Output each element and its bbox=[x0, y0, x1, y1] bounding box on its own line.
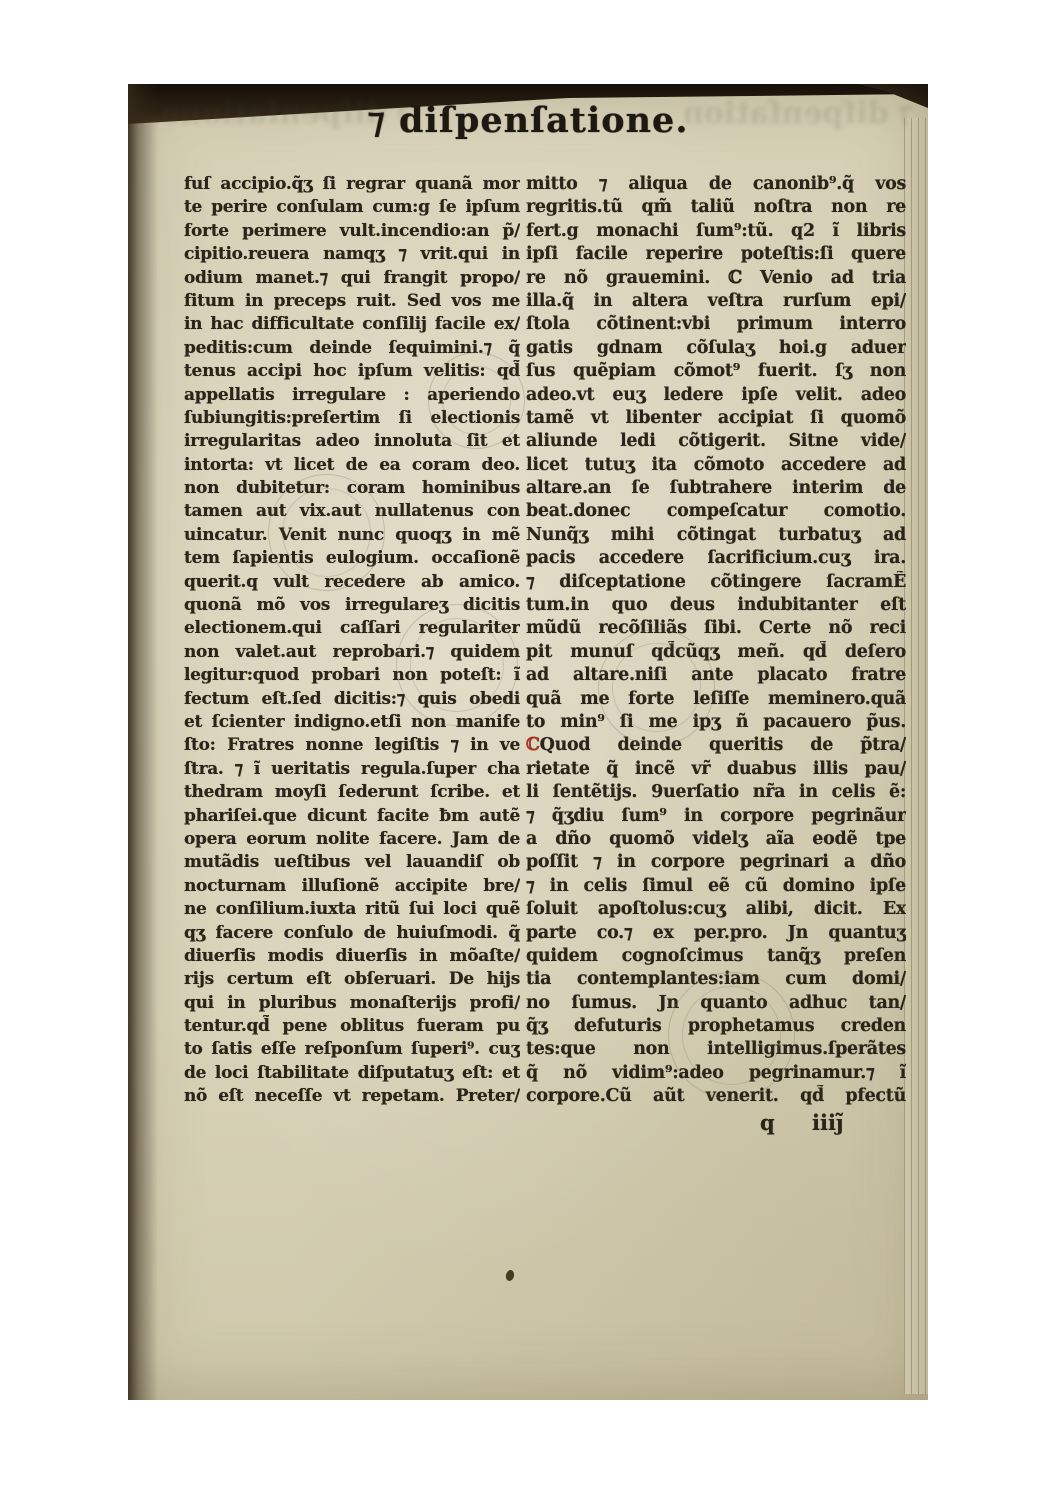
running-title: ⁊ diſpenſatione. bbox=[128, 100, 928, 141]
text-line: intorta: vt licet de ea coram deo. bbox=[184, 454, 520, 477]
text-line: beat.donec compeſcatur comotio. bbox=[526, 500, 906, 523]
text-line: tentur.qd̃ pene oblitus fueram pu bbox=[184, 1015, 520, 1038]
scan-background: ⁊ diſpenſatione. ⁊ diſpenſatione. ⁊ diſp… bbox=[0, 0, 1060, 1500]
text-line: fuſ accipio.q̃ʒ ſi regrar quanã mor bbox=[184, 173, 520, 196]
gutter-shadow bbox=[128, 84, 158, 1400]
text-line: fitum in preceps ruit. Sed vos me bbox=[184, 290, 520, 313]
text-line: ipſi facile reperire poteſtis:ſi quere bbox=[526, 243, 906, 266]
text-line: odium manet.⁊ qui frangit propo/ bbox=[184, 267, 520, 290]
text-line: mũdũ recõſiliãs ſibi. Certe nõ reci bbox=[526, 617, 906, 640]
text-line: parte co.⁊ ex per.pro. Jn quantuʒ bbox=[526, 922, 906, 945]
text-line: aliunde ledi cõtigerit. Sitne vide/ bbox=[526, 430, 906, 453]
signature-mark: q iiij̃ bbox=[760, 1110, 844, 1135]
text-line: thedram moyſi ſederunt ſcribe. et bbox=[184, 781, 520, 804]
text-line: de loci ſtabilitate diſputatuʒ eſt: et bbox=[184, 1062, 520, 1085]
text-line: ⁊ q̃ʒdiu ſum⁹ in corpore pegrinãur bbox=[526, 805, 906, 828]
blind-stamp-circle bbox=[668, 972, 795, 1099]
book-page: ⁊ diſpenſatione. ⁊ diſpenſatione. ⁊ diſp… bbox=[128, 84, 928, 1400]
text-line: ſus quẽpiam cõmot⁹ fuerit. ſʒ non bbox=[526, 360, 906, 383]
text-line: qʒ facere conſulo de huiuſmodi. q̃ bbox=[184, 922, 520, 945]
blind-stamp-circle bbox=[268, 474, 385, 591]
text-line: to ſatis eſſe reſponſum ſuperi⁹. cuʒ bbox=[184, 1038, 520, 1061]
text-line: ſtra. ⁊ ĩ ueritatis regula.ſuper cha bbox=[184, 758, 520, 781]
text-line: forte perimere vult.incendio:an p̃/ bbox=[184, 220, 520, 243]
text-line: opera eorum nolite facere. Jam de bbox=[184, 828, 520, 851]
text-line: te perire conſulam cum:g ſe ipſum bbox=[184, 196, 520, 219]
ink-spot bbox=[505, 1269, 515, 1281]
text-line: pit munuſ qd̃cũqʒ meñ. qd̃ deſero bbox=[526, 641, 906, 664]
text-line: rijs certum eſt obſeruari. De hijs bbox=[184, 968, 520, 991]
text-line: ad altare.niſi ante placato fratre bbox=[526, 664, 906, 687]
text-line: ſoluit apoſtolus:cuʒ alibi, dicit. Ex bbox=[526, 898, 906, 921]
text-line: quidem cognoſcimus tanq̃ʒ preſen bbox=[526, 945, 906, 968]
text-line: fert.g monachi ſum⁹:tũ. q2 ĩ libris bbox=[526, 220, 906, 243]
text-line: qui in pluribus monaſterijs profi/ bbox=[184, 992, 520, 1015]
blind-stamp-circle bbox=[428, 352, 525, 449]
text-line: to min⁹ ſi me ipʒ ñ pacauero p̃us. bbox=[526, 711, 906, 734]
text-line: ⁊ in celis ſimul eẽ cũ domino ipſe bbox=[526, 875, 906, 898]
text-line: in hac difficultate conſilij facile ex/ bbox=[184, 313, 520, 336]
text-line: nocturnam illuſionẽ accipite bre/ bbox=[184, 875, 520, 898]
blind-stamp-circle bbox=[396, 604, 518, 726]
text-line: adeo.vt euʒ ledere ipſe velit. adeo bbox=[526, 384, 906, 407]
text-line: licet tutuʒ ita cõmoto accedere ad bbox=[526, 454, 906, 477]
text-line: ⁊ diſceptatione cõtingere ſacramẼ bbox=[526, 571, 906, 594]
text-column-right: mitto ⁊ aliqua de canonib⁹.q̃ vosregriti… bbox=[526, 173, 906, 1109]
text-line: mutãdis ueſtibus vel lauandiſ ob bbox=[184, 851, 520, 874]
text-line: illa.q̃ in altera veſtra rurſum epi/ bbox=[526, 290, 906, 313]
text-line: ſto: Fratres nonne legiſtis ⁊ in ve bbox=[184, 734, 520, 757]
text-line: altare.an ſe ſubtrahere interim de bbox=[526, 477, 906, 500]
text-line: Nunq̃ʒ mihi cõtingat turbatuʒ ad bbox=[526, 524, 906, 547]
blind-stamp-circle bbox=[598, 629, 715, 746]
capitulum-mark: ℂ bbox=[526, 735, 540, 755]
text-line: poſſit ⁊ in corpore pegrinari a dño bbox=[526, 851, 906, 874]
text-line: pacis accedere ſacrificium.cuʒ ira. bbox=[526, 547, 906, 570]
text-line: ſtola cõtinent:vbi primum interro bbox=[526, 313, 906, 336]
text-line: ℂQuod deinde queritis de p̃tra/ bbox=[526, 734, 906, 757]
text-line: regritis.tũ qm̃ taliũ noſtra non re bbox=[526, 196, 906, 219]
text-line: ne conſilium.iuxta ritũ ſui loci quẽ bbox=[184, 898, 520, 921]
text-line: tamẽ vt libenter accipiat ſi quomõ bbox=[526, 407, 906, 430]
text-line: cipitio.reuera namqʒ ⁊ vrit.qui in bbox=[184, 243, 520, 266]
text-line: a dño quomõ videlʒ aĩa eodẽ tpe bbox=[526, 828, 906, 851]
page-edge-stack bbox=[904, 118, 928, 1394]
text-line: re nõ grauemini. ℂ Venio ad tria bbox=[526, 267, 906, 290]
text-line: diuerſis modis diuerſis in mõaſte/ bbox=[184, 945, 520, 968]
text-line: phariſei.que dicunt facite ƀm autẽ bbox=[184, 805, 520, 828]
text-line: li ſentẽtijs. 9uerſatio nr̃a in celis ẽ: bbox=[526, 781, 906, 804]
text-line: tum.in quo deus indubitanter eſt bbox=[526, 594, 906, 617]
text-line: mitto ⁊ aliqua de canonib⁹.q̃ vos bbox=[526, 173, 906, 196]
text-line: quã me forte leſiſſe meminero.quã bbox=[526, 688, 906, 711]
text-line: gatis gdnam cõſulaʒ hoi.g aduer bbox=[526, 337, 906, 360]
text-line: nõ eſt neceſſe vt repetam. Preter/ bbox=[184, 1085, 520, 1108]
text-line: rietate q̃ incẽ vr̃ duabus illis pau/ bbox=[526, 758, 906, 781]
